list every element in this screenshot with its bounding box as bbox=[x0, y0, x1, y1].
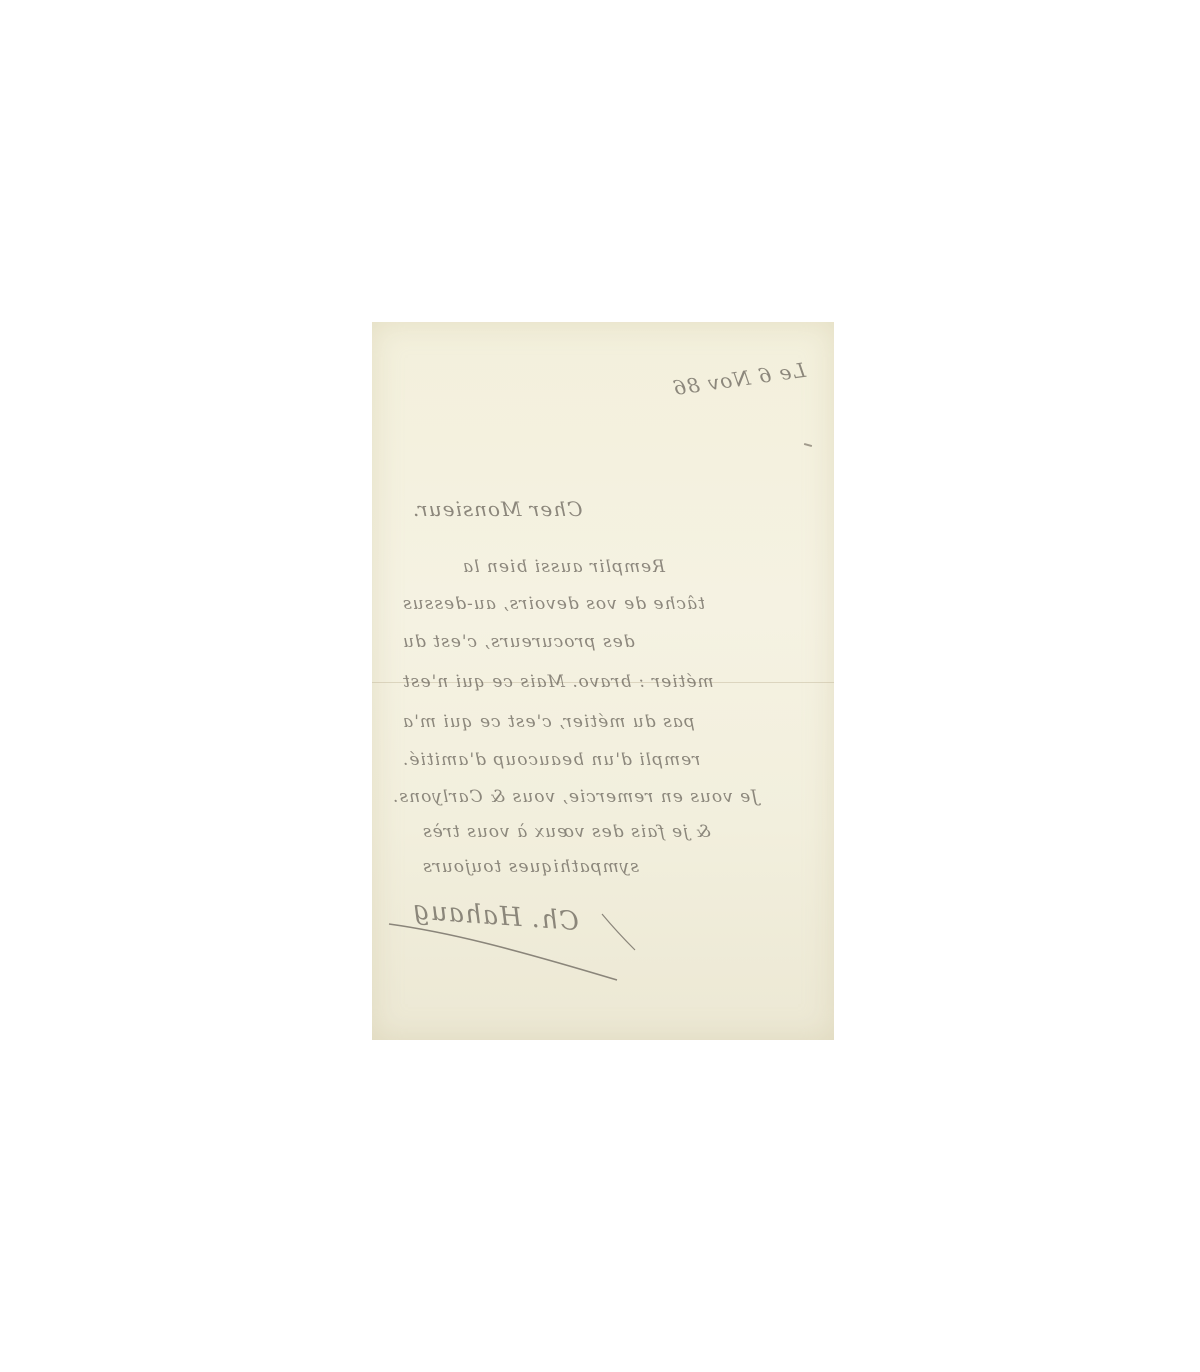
letter-salutation: Cher Monsieur. bbox=[412, 497, 582, 521]
body-line: Remplir aussi bien la bbox=[462, 557, 665, 577]
body-line: métier : bravo. Mais ce qui n'est bbox=[402, 672, 714, 692]
body-line: rempli d'un beaucoup d'amitié. bbox=[402, 750, 700, 770]
body-line: Je vous en remercie, vous & Carlyons. bbox=[392, 787, 758, 807]
letter-date: Le 6 Nov 86 bbox=[671, 358, 807, 400]
body-line: sympathiques toujours bbox=[422, 857, 639, 877]
signature-flourish bbox=[387, 912, 637, 982]
body-line: pas du métier, c'est ce qui m'a bbox=[402, 712, 695, 732]
body-line: tâche de vos devoirs, au-dessus bbox=[402, 594, 705, 614]
ink-mark bbox=[804, 443, 812, 447]
body-line: des procureurs, c'est du bbox=[402, 632, 635, 652]
letter-paper: Le 6 Nov 86 Cher Monsieur. Remplir aussi… bbox=[372, 322, 834, 1040]
body-line: & je fais des vœux à vous très bbox=[422, 822, 711, 842]
